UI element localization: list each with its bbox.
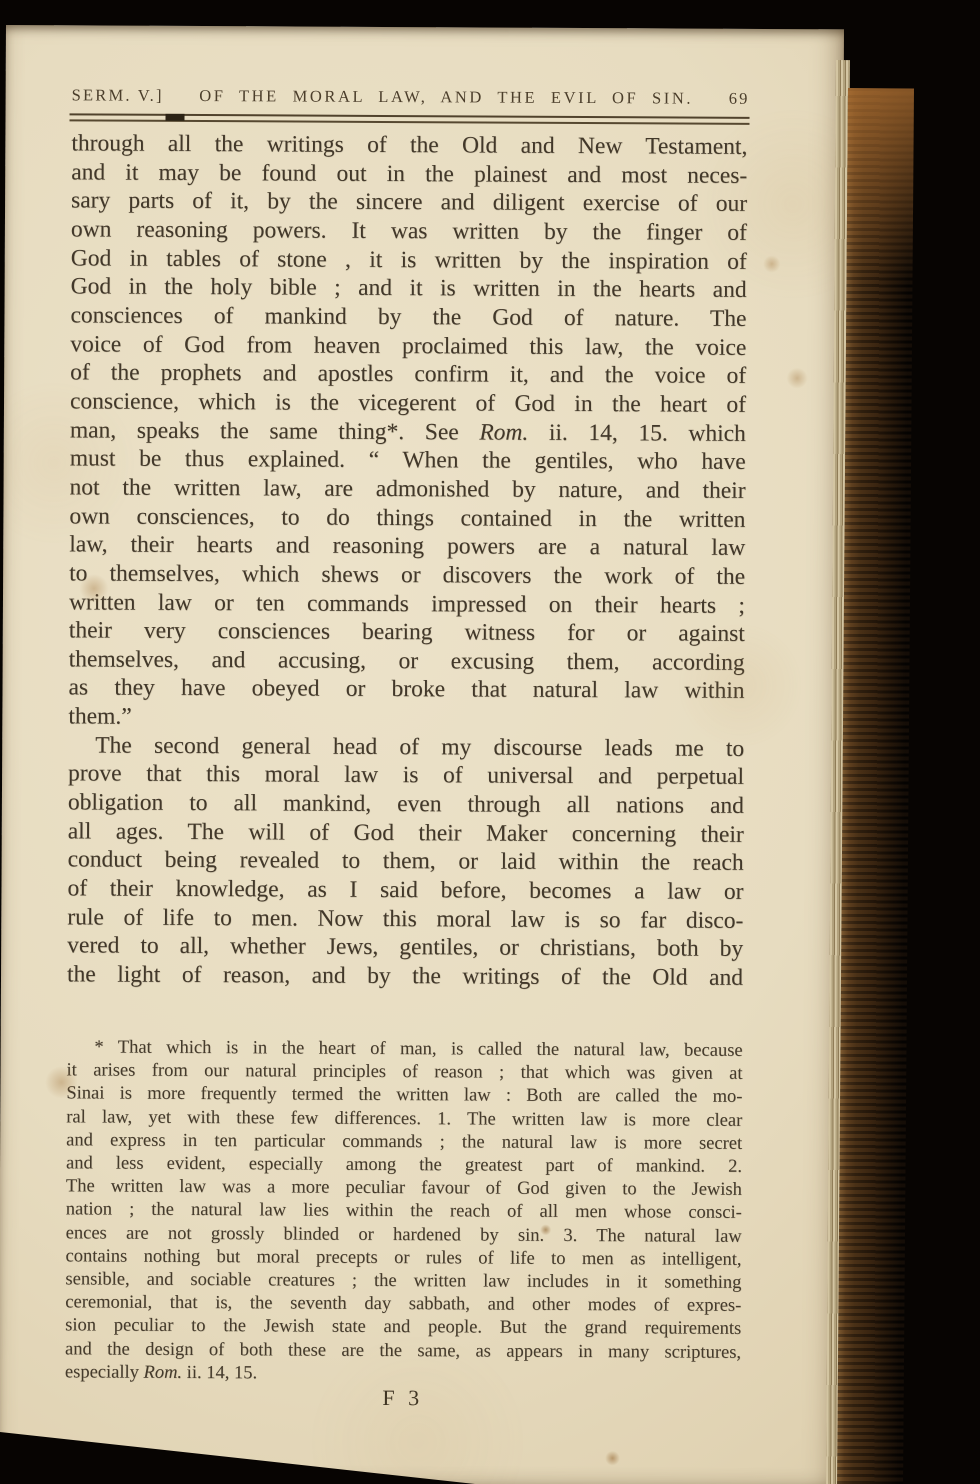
text-line: it arises from our natural principles of… bbox=[66, 1060, 742, 1087]
text-line: and express in ten particular commands ;… bbox=[66, 1129, 742, 1156]
text-line: to themselves, which shews or discovers … bbox=[69, 559, 745, 591]
text-line: Sinai is more frequently termed the writ… bbox=[66, 1083, 742, 1110]
text-line: and it may be found out in the plainest … bbox=[71, 158, 747, 190]
text-line: as they have obeyed or broke that natura… bbox=[68, 674, 744, 706]
text-line: consciences of mankind by the God of nat… bbox=[70, 301, 746, 333]
text-line: God in the holy bible ; and it is writte… bbox=[71, 273, 747, 305]
foxing-spot bbox=[604, 1450, 620, 1466]
text-line: them.” bbox=[68, 702, 744, 734]
text-line: conscience, which is the vicegerent of G… bbox=[70, 387, 746, 419]
text-line: man, speaks the same thing*. See Rom. ii… bbox=[70, 416, 746, 448]
header-section-label: SERM. V.] bbox=[72, 85, 164, 105]
text-line: The written law was a more peculiar favo… bbox=[66, 1176, 742, 1203]
book-page: SERM. V.] OF THE MORAL LAW, AND THE EVIL… bbox=[0, 25, 844, 1484]
text-line: The second general head of my discourse … bbox=[68, 731, 744, 763]
foxing-spot bbox=[763, 255, 781, 273]
text-line: ral law, yet with these few differences.… bbox=[66, 1106, 742, 1133]
page-header: SERM. V.] OF THE MORAL LAW, AND THE EVIL… bbox=[72, 85, 750, 109]
signature-mark: F 3 bbox=[65, 1383, 741, 1413]
footnote: * That which is in the heart of man, is … bbox=[65, 1036, 743, 1388]
text-line: vered to all, whether Jews, gentiles, or… bbox=[67, 932, 743, 964]
text-line: sion peculiar to the Jewish state and pe… bbox=[65, 1315, 741, 1342]
text-line: all ages. The will of God their Maker co… bbox=[68, 817, 744, 849]
text-line: must be thus explained. “ When the genti… bbox=[70, 445, 746, 477]
text-line: own consciences, to do things contained … bbox=[69, 502, 745, 534]
text-line: written law or ten commands impressed on… bbox=[69, 588, 745, 620]
paragraph: through all the writings of the Old and … bbox=[68, 129, 747, 734]
text-line: prove that this moral law is of universa… bbox=[68, 760, 744, 792]
text-line: * That which is in the heart of man, is … bbox=[67, 1036, 743, 1063]
text-line: through all the writings of the Old and … bbox=[71, 129, 747, 161]
text-line: of the prophets and apostles confirm it,… bbox=[70, 359, 746, 391]
body-text: through all the writings of the Old and … bbox=[67, 129, 747, 992]
text-line: voice of God from heaven proclaimed this… bbox=[70, 330, 746, 362]
text-line: nation ; the natural law lies within the… bbox=[66, 1199, 742, 1226]
book-photo: SERM. V.] OF THE MORAL LAW, AND THE EVIL… bbox=[0, 0, 980, 1484]
paragraph: The second general head of my discourse … bbox=[67, 731, 744, 992]
text-line: own reasoning powers. It was written by … bbox=[71, 215, 747, 247]
text-line: obligation to all mankind, even through … bbox=[68, 788, 744, 820]
text-line: ences are not grossly blinded or hardene… bbox=[66, 1222, 742, 1249]
text-line: not the written law, are admonished by n… bbox=[70, 473, 746, 505]
text-line: and the design of both these are the sam… bbox=[65, 1338, 741, 1365]
rule-ink-blob bbox=[166, 114, 185, 121]
text-line: God in tables of stone , it is written b… bbox=[71, 244, 747, 276]
header-title: OF THE MORAL LAW, AND THE EVIL OF SIN. bbox=[199, 86, 693, 109]
text-line: the light of reason, and by the writings… bbox=[67, 960, 743, 992]
text-line: their very consciences bearing witness f… bbox=[69, 616, 745, 648]
text-line: law, their hearts and reasoning powers a… bbox=[69, 531, 745, 563]
text-line: of their knowledge, as I said before, be… bbox=[67, 874, 743, 906]
text-line: sensible, and sociable creatures ; the w… bbox=[65, 1268, 741, 1295]
text-line: contains nothing but moral precepts or r… bbox=[65, 1245, 741, 1272]
text-line: sary parts of it, by the sincere and dil… bbox=[71, 187, 747, 219]
text-line: rule of life to men. Now this moral law … bbox=[67, 903, 743, 935]
text-line: and less evident, especially among the g… bbox=[66, 1152, 742, 1179]
text-line: themselves, and accusing, or excusing th… bbox=[69, 645, 745, 677]
book-fore-edge bbox=[837, 88, 914, 1484]
foxing-spot bbox=[786, 367, 808, 389]
header-page-number: 69 bbox=[729, 89, 750, 109]
header-rule bbox=[69, 113, 749, 125]
text-line: ceremonial, that is, the seventh day sab… bbox=[65, 1292, 741, 1319]
text-line: conduct being revealed to them, or laid … bbox=[68, 846, 744, 878]
